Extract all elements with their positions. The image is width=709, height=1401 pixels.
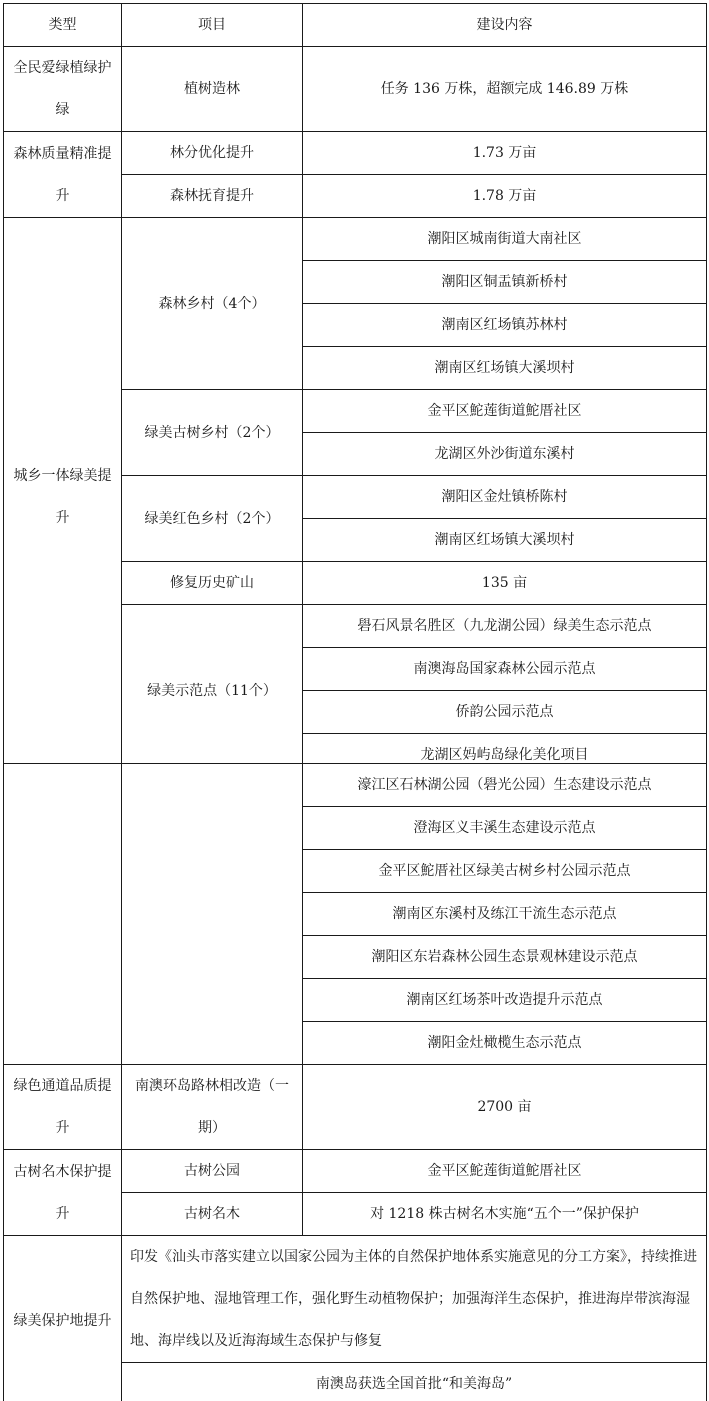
item-cell: 绿美红色乡村（2个）	[122, 476, 303, 562]
item-cell: 南澳环岛路林相改造（一期）	[122, 1065, 303, 1150]
table-row: 绿美保护地提升 印发《汕头市落实建立以国家公园为主体的自然保护地体系实施意见的分…	[4, 1236, 707, 1363]
content-cell: 对 1218 株古树名木实施“五个一”保护保护	[303, 1193, 707, 1236]
item-cell: 森林乡村（4个）	[122, 218, 303, 390]
category-cell: 绿美保护地提升	[4, 1236, 122, 1401]
content-cell: 金平区鮀莲街道鮀厝社区	[303, 390, 707, 433]
table-row: 城乡一体绿美提升 森林乡村（4个） 潮阳区城南街道大南社区	[4, 218, 707, 261]
content-cell: 潮南区红场镇苏林村	[303, 304, 707, 347]
item-cell: 植树造林	[122, 47, 303, 132]
paragraph-cell: 印发《汕头市落实建立以国家公园为主体的自然保护地体系实施意见的分工方案》，持续推…	[122, 1236, 707, 1363]
content-cell: 潮阳区东岩森林公园生态景观林建设示范点	[303, 936, 707, 979]
table-row: 森林质量精准提升 林分优化提升 1.73 万亩	[4, 132, 707, 175]
item-cell: 森林抚育提升	[122, 175, 303, 218]
item-cell: 绿美示范点（11个）	[122, 605, 303, 777]
category-cell: 古树名木保护提升	[4, 1150, 122, 1236]
table-row: 绿色通道品质提升 南澳环岛路林相改造（一期） 2700 亩	[4, 1065, 707, 1150]
table-row: 全民爱绿植绿护绿 植树造林 任务 136 万株，超额完成 146.89 万株	[4, 47, 707, 132]
content-cell: 潮南区红场镇大溪坝村	[303, 519, 707, 562]
category-cell: 城乡一体绿美提升	[4, 218, 122, 777]
header-type: 类型	[4, 4, 122, 47]
category-cell-continued	[4, 764, 122, 1065]
header-content: 建设内容	[303, 4, 707, 47]
content-cell: 潮南区红场茶叶改造提升示范点	[303, 979, 707, 1022]
item-cell: 林分优化提升	[122, 132, 303, 175]
content-cell: 侨韵公园示范点	[303, 691, 707, 734]
content-cell: 潮南区红场镇大溪坝村	[303, 347, 707, 390]
content-cell: 潮阳区城南街道大南社区	[303, 218, 707, 261]
content-cell: 1.78 万亩	[303, 175, 707, 218]
table-row: 古树名木保护提升 古树公园 金平区鮀莲街道鮀厝社区	[4, 1150, 707, 1193]
data-table-page2: 濠江区石林湖公园（礐光公园）生态建设示范点 澄海区义丰溪生态建设示范点 金平区鮀…	[3, 763, 707, 1401]
table-row: 濠江区石林湖公园（礐光公园）生态建设示范点	[4, 764, 707, 807]
content-cell: 1.73 万亩	[303, 132, 707, 175]
content-cell: 潮南区东溪村及练江干流生态示范点	[303, 893, 707, 936]
content-cell: 潮阳区金灶镇桥陈村	[303, 476, 707, 519]
content-cell: 龙湖区外沙街道东溪村	[303, 433, 707, 476]
content-cell: 潮阳区铜盂镇新桥村	[303, 261, 707, 304]
category-cell: 全民爱绿植绿护绿	[4, 47, 122, 132]
category-cell: 森林质量精准提升	[4, 132, 122, 218]
item-cell: 古树公园	[122, 1150, 303, 1193]
content-cell: 任务 136 万株，超额完成 146.89 万株	[303, 47, 707, 132]
content-cell: 金平区鮀莲街道鮀厝社区	[303, 1150, 707, 1193]
content-cell: 135 亩	[303, 562, 707, 605]
item-cell-continued	[122, 764, 303, 1065]
category-cell: 绿色通道品质提升	[4, 1065, 122, 1150]
content-cell: 澄海区义丰溪生态建设示范点	[303, 807, 707, 850]
item-cell: 古树名木	[122, 1193, 303, 1236]
header-item: 项目	[122, 4, 303, 47]
table-header-row: 类型 项目 建设内容	[4, 4, 707, 47]
note-cell: 南澳岛获选全国首批“和美海岛”	[122, 1363, 707, 1401]
content-cell: 潮阳金灶橄榄生态示范点	[303, 1022, 707, 1065]
content-cell: 南澳海岛国家森林公园示范点	[303, 648, 707, 691]
content-cell: 2700 亩	[303, 1065, 707, 1150]
content-cell: 金平区鮀厝社区绿美古树乡村公园示范点	[303, 850, 707, 893]
item-cell: 绿美古树乡村（2个）	[122, 390, 303, 476]
content-cell: 濠江区石林湖公园（礐光公园）生态建设示范点	[303, 764, 707, 807]
content-cell: 礐石风景名胜区（九龙湖公园）绿美生态示范点	[303, 605, 707, 648]
data-table-page1: 类型 项目 建设内容 全民爱绿植绿护绿 植树造林 任务 136 万株，超额完成 …	[3, 3, 707, 776]
item-cell: 修复历史矿山	[122, 562, 303, 605]
